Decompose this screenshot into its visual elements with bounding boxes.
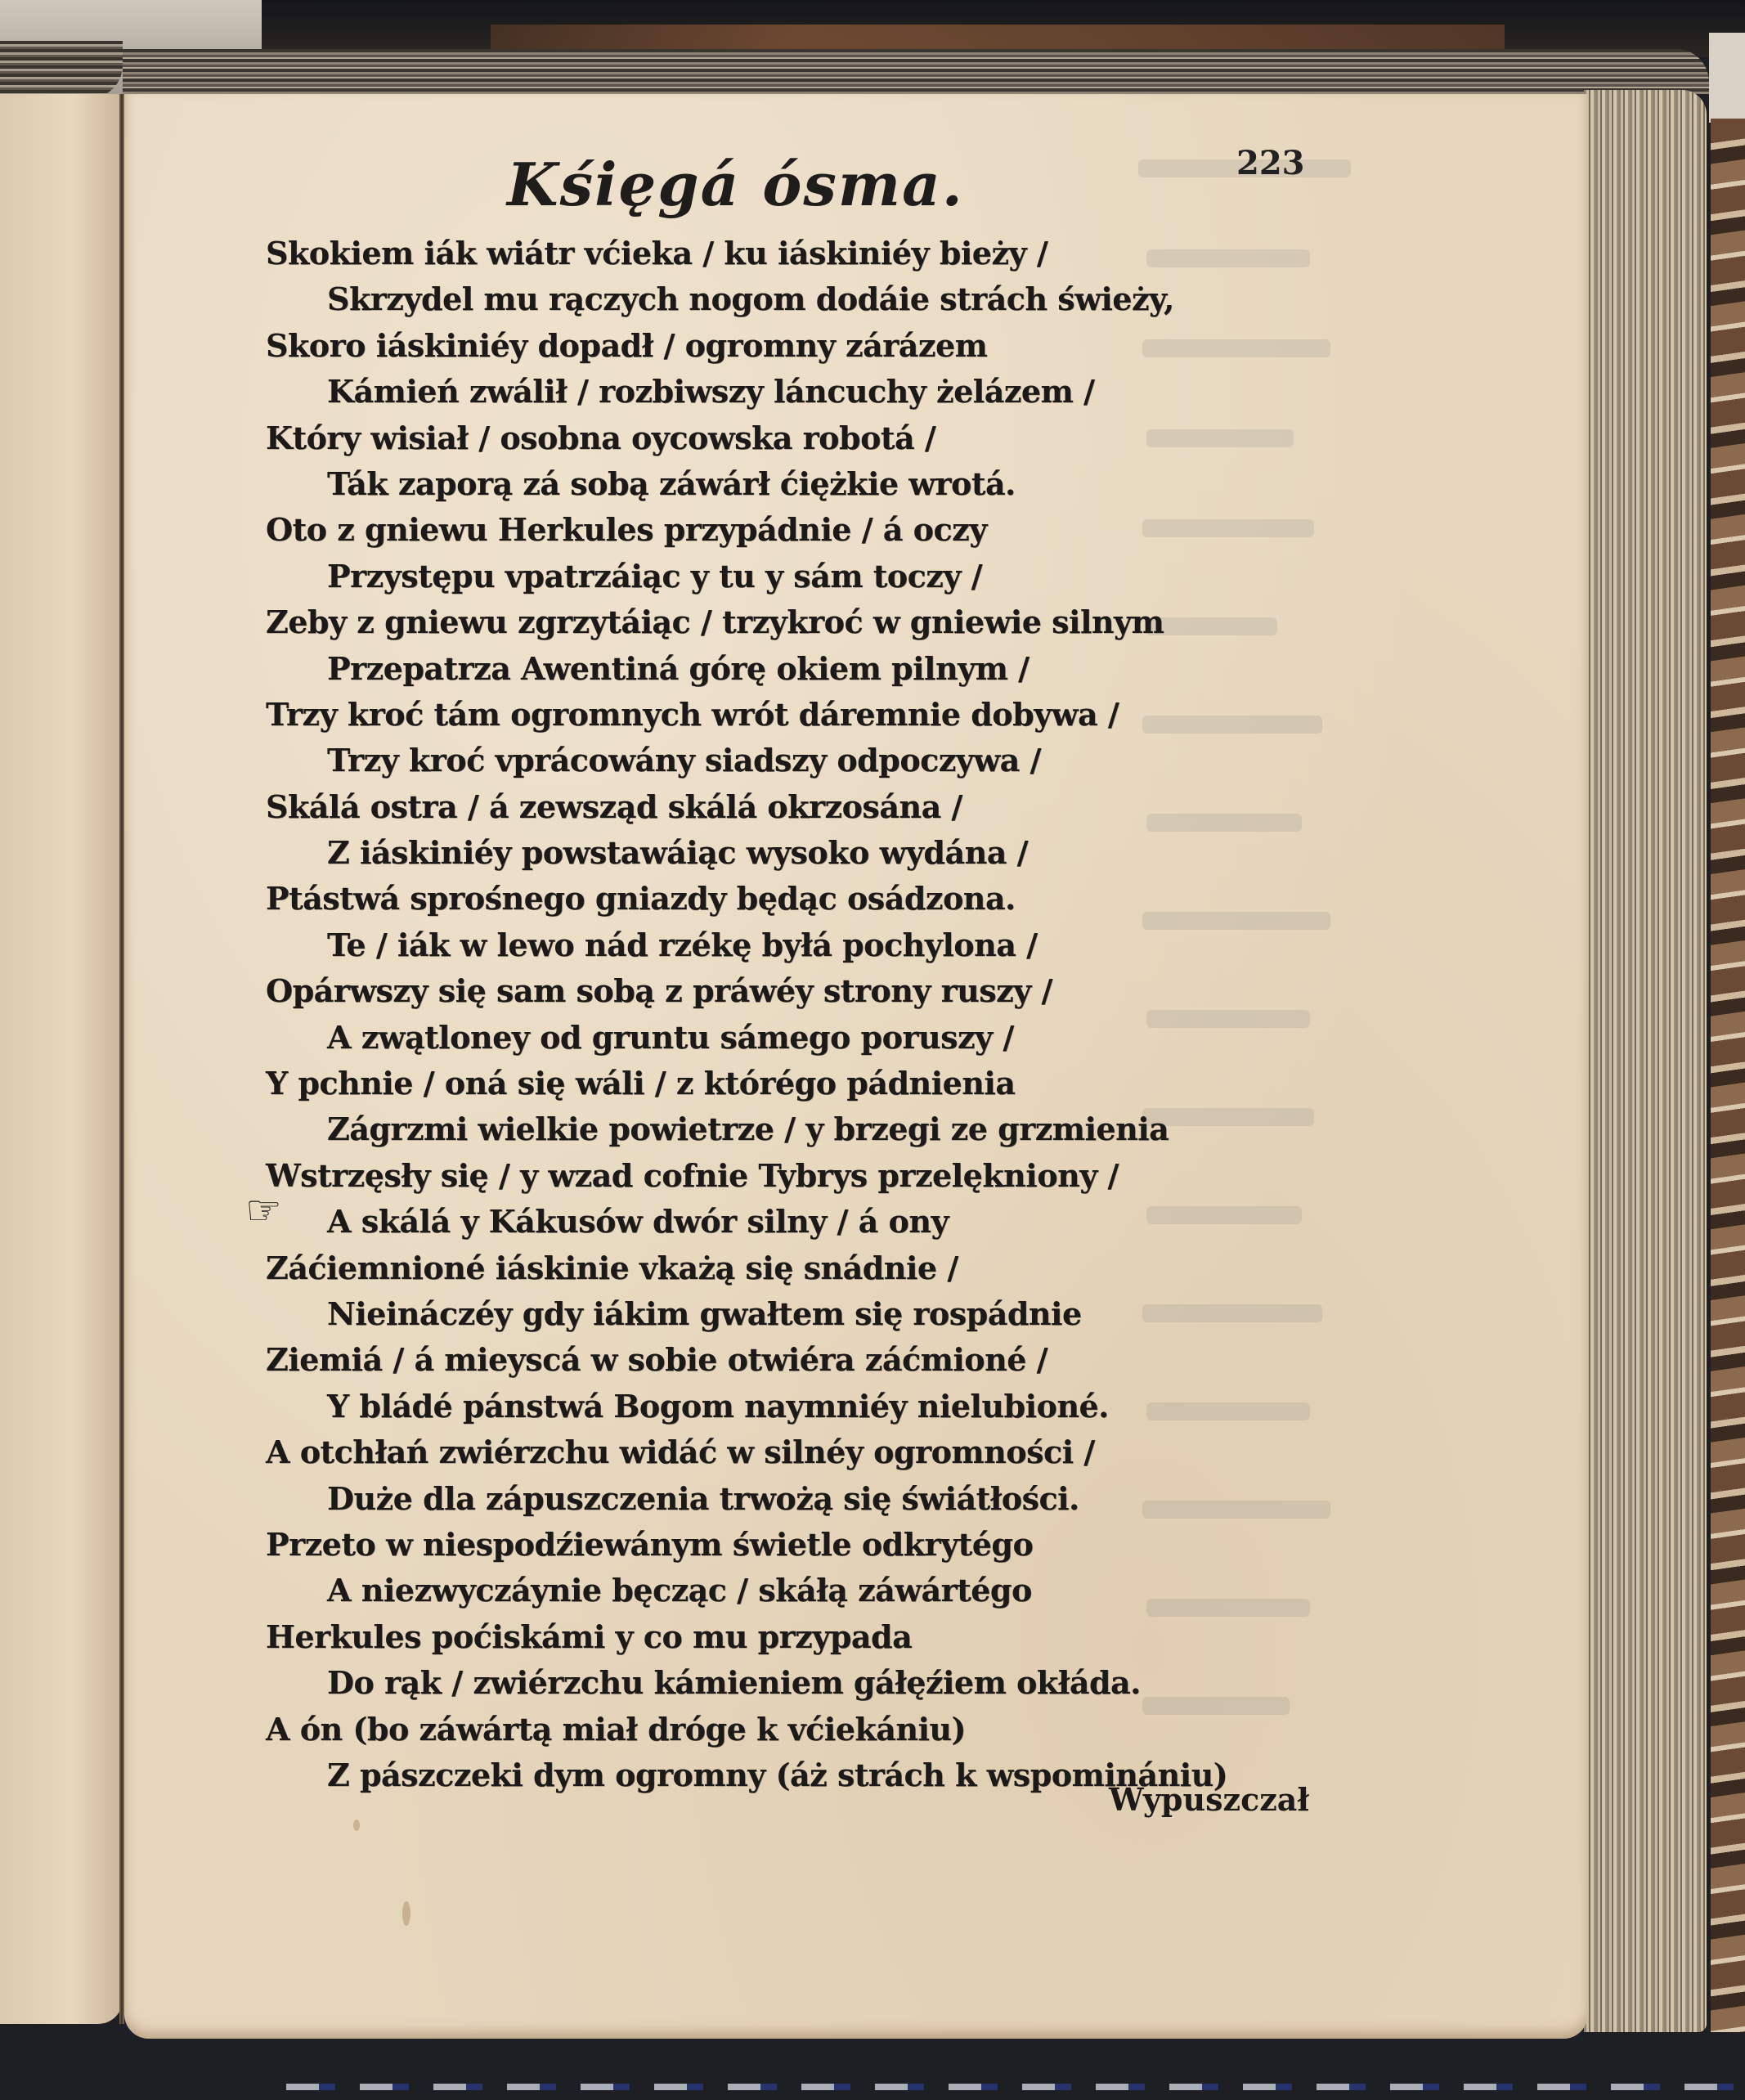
left-page xyxy=(0,94,123,2024)
catchword: Wypuszczał xyxy=(1109,1784,1309,1815)
verse-line: Zeby z gniewu zgrzytáiąc / trzykroć w gn… xyxy=(266,599,1247,645)
verse-line: A niezwyczáynie bęcząc / skáłą záwártégo xyxy=(266,1568,1247,1613)
verse-line: Nieináczéy gdy iákim gwałtem się rospádn… xyxy=(266,1291,1247,1337)
paper-stain xyxy=(353,1820,360,1831)
verse-line: Y bládé pánstwá Bogom naymniéy nielubion… xyxy=(266,1384,1247,1429)
verse-line: Do rąk / zwiérzchu kámieniem gáłęźiem ok… xyxy=(266,1660,1247,1706)
verse-line: Ziemiá / á mieyscá w sobie otwiéra záćmi… xyxy=(266,1337,1247,1383)
verse-line: A zwątloney od gruntu sámego poruszy / xyxy=(266,1015,1247,1061)
verse-line: Który wisiał / osobna oycowska robotá / xyxy=(266,415,1247,461)
left-page-stack xyxy=(0,41,123,98)
verse-line: Opárwszy się sam sobą z práwéy strony ru… xyxy=(266,968,1247,1014)
verse-line: A ón (bo záwártą miał dróge k vćiekániu) xyxy=(266,1707,1247,1752)
endpaper-top xyxy=(1709,33,1745,123)
verse-line: Oto z gniewu Herkules przypádnie / á ocz… xyxy=(266,507,1247,553)
gutter-fold xyxy=(119,94,124,2024)
verse-line: Skrzydel mu rączych nogom dodáie strách … xyxy=(266,276,1247,322)
verse-line: Ptástwá sprośnego gniazdy będąc osádzona… xyxy=(266,876,1247,922)
scanner-edge-strip xyxy=(286,2084,1745,2090)
verse-line: A skálá y Kákusów dwór silny / á ony xyxy=(266,1199,1247,1245)
verse-line: Trzy kroć vprácowány siadszy odpoczywa / xyxy=(266,738,1247,783)
verse-line: Z pászczeki dym ogromny (áż strách k wsp… xyxy=(266,1752,1247,1798)
verse-line: Duże dla zápuszczenia trwożą się świátło… xyxy=(266,1476,1247,1522)
verse-line: Y pchnie / oná się wáli / z którégo pádn… xyxy=(266,1061,1247,1106)
verse-line: Z iáskiniéy powstawáiąc wysoko wydána / xyxy=(266,830,1247,876)
verse-line: Herkules poćiskámi y co mu przypada xyxy=(266,1614,1247,1660)
paper-stain xyxy=(402,1901,410,1926)
marbled-endpaper xyxy=(1711,119,1745,2032)
book-top-page-edges xyxy=(123,49,1709,94)
verse-line: Trzy kroć tám ogromnych wrót dáremnie do… xyxy=(266,692,1247,738)
verse-line: Skálá ostra / á zewsząd skálá okrzosána … xyxy=(266,784,1247,830)
verse-line: Skokiem iák wiátr vćieka / ku iáskiniéy … xyxy=(266,231,1247,276)
verse-text-block: Skokiem iák wiátr vćieka / ku iáskiniéy … xyxy=(266,231,1247,1798)
verse-line: Przepatrza Awentiná górę okiem pilnym / xyxy=(266,646,1247,692)
verse-line: Te / iák w lewo nád rzékę byłá pochylona… xyxy=(266,922,1247,968)
verse-line: Przystępu vpatrzáiąc y tu y sám toczy / xyxy=(266,554,1247,599)
running-head: Kśięgá ósma. xyxy=(507,155,964,214)
page-number: 223 xyxy=(1236,147,1305,180)
verse-line: A otchłań zwiérzchu widáć w silnéy ogrom… xyxy=(266,1429,1247,1475)
verse-line: Zágrzmi wielkie powietrze / y brzegi ze … xyxy=(266,1106,1247,1152)
verse-line: Wstrzęsły się / y wzad cofnie Tybrys prz… xyxy=(266,1153,1247,1199)
fore-edge-page-stack xyxy=(1584,90,1707,2032)
verse-line: Skoro iáskiniéy dopadł / ogromny zárázem xyxy=(266,323,1247,369)
verse-line: Ták zaporą zá sobą záwárł ćiężkie wrotá. xyxy=(266,461,1247,507)
verse-line: Przeto w niespodźiewánym świetle odkryté… xyxy=(266,1522,1247,1568)
verse-line: Záćiemnioné iáskinie vkażą się snádnie / xyxy=(266,1245,1247,1291)
verse-line: Kámień zwálił / rozbiwszy láncuchy żeláz… xyxy=(266,369,1247,415)
